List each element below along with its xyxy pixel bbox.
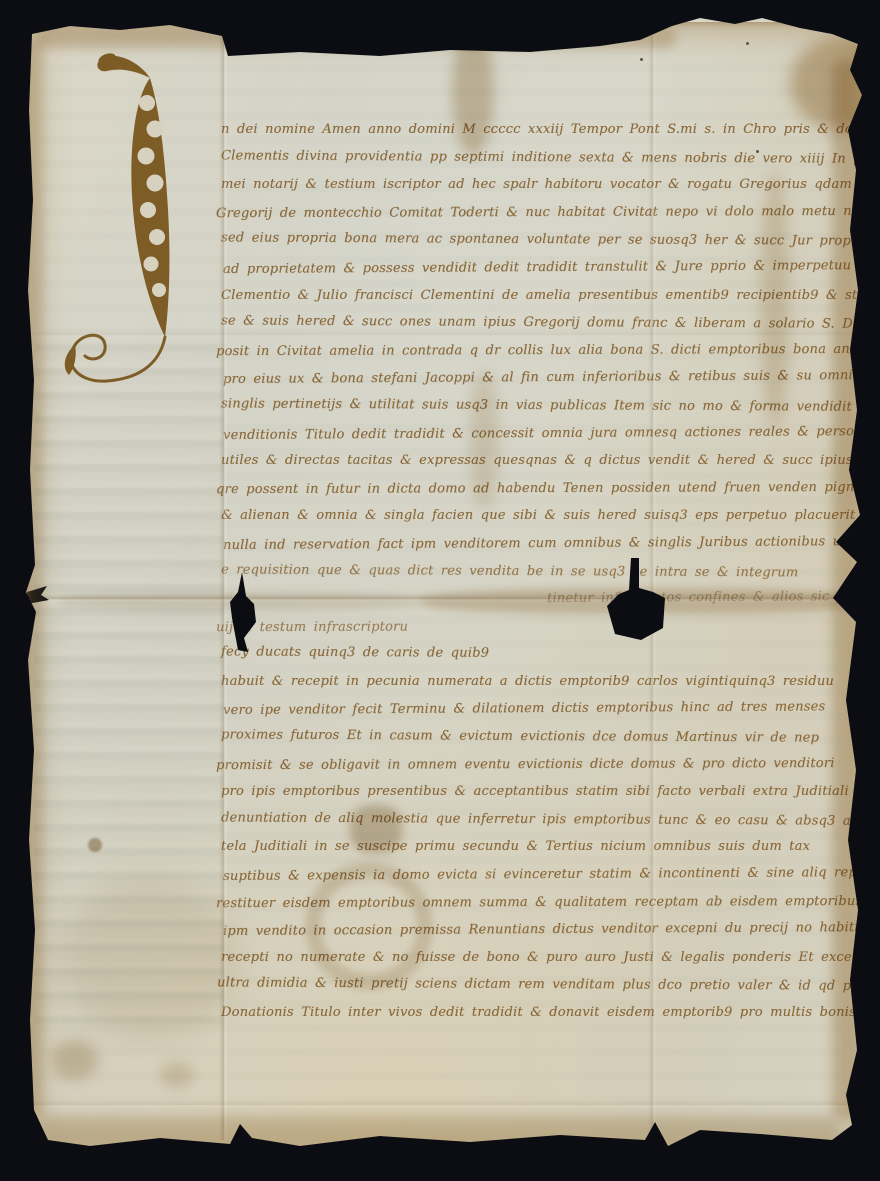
- edge-browning: [26, 22, 864, 1154]
- manuscript-page: n dei nomine Amen anno domini M ccccc xx…: [0, 0, 880, 1181]
- photo-background: n dei nomine Amen anno domini M ccccc xx…: [0, 0, 880, 1181]
